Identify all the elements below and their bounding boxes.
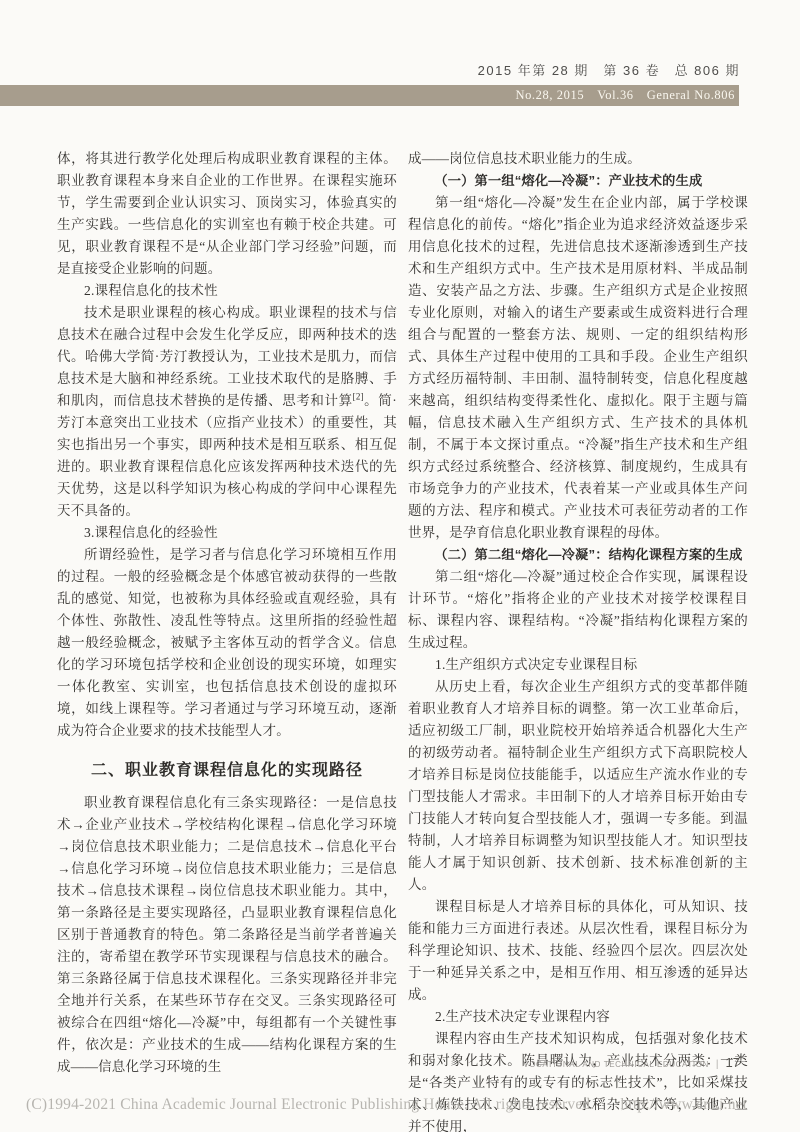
paragraph: 课程目标是人才培养目标的具体化，可从知识、技能和能力三方面进行表述。从层次性看，… [408, 896, 748, 1006]
journal-name: VOCATIONAL AND TECHNICAL EDUCATION [523, 1060, 709, 1069]
numbered-subheading: 2.课程信息化的技术性 [57, 280, 397, 302]
paragraph: 体，将其进行教学化处理后构成职业教育课程的主体。职业教育课程本身来自企业的工作世… [57, 148, 397, 280]
left-column: 体，将其进行教学化处理后构成职业教育课程的主体。职业教育课程本身来自企业的工作世… [57, 148, 397, 1132]
paragraph: 课程内容由生产技术知识构成，包括强对象化技术和弱对象化技术。陈昌曙认为，产业技术… [408, 1028, 748, 1132]
paragraph-text: 。简·芳汀本意突出工业技术（应指产业技术）的重要性，其实也指出另一个事实，即两种… [57, 393, 397, 518]
paragraph: 从历史上看，每次企业生产组织方式的变革都伴随着职业教育人才培养目标的调整。第一次… [408, 676, 748, 896]
paragraph-text: 技术是职业课程的核心构成。职业课程的技术与信息技术在融合过程中会发生化学反应，即… [57, 305, 397, 408]
issue-info-cn: 2015 年第 28 期 第 36 卷 总 806 期 [478, 60, 740, 79]
bold-subheading: （一）第一组“熔化—冷凝”：产业技术的生成 [408, 170, 748, 192]
paragraph: 技术是职业课程的核心构成。职业课程的技术与信息技术在融合过程中会发生化学反应，即… [57, 302, 397, 522]
footer-separator: | [716, 1059, 719, 1070]
copyright-notice: (C)1994-2021 China Academic Journal Elec… [26, 1096, 747, 1114]
paragraph: 成——岗位信息技术职业能力的生成。 [408, 148, 748, 170]
issue-info-bar: No.28, 2015 Vol.36 General No.806 [0, 85, 739, 106]
cnki-url: http://www.cnki.net [620, 1096, 747, 1113]
numbered-subheading: 3.课程信息化的经验性 [57, 522, 397, 544]
paragraph: 第二组“熔化—冷凝”通过校企合作实现，属课程设计环节。“熔化”指将企业的产业技术… [408, 566, 748, 654]
journal-page: 2015 年第 28 期 第 36 卷 总 806 期 No.28, 2015 … [0, 0, 800, 1132]
paragraph: 所谓经验性，是学习者与信息化学习环境相互作用的过程。一般的经验概念是个体感官被动… [57, 544, 397, 742]
reference-marker: [2] [353, 392, 364, 402]
paragraph: 第一组“熔化—冷凝”发生在企业内部，属于学校课程信息化的前传。“熔化”指企业为追… [408, 192, 748, 544]
journal-footer: VOCATIONAL AND TECHNICAL EDUCATION|17 [523, 1054, 740, 1072]
section-heading: 二、职业教育课程信息化的实现路径 [57, 757, 397, 780]
numbered-subheading: 1.生产组织方式决定专业课程目标 [408, 654, 748, 676]
paragraph: 职业教育课程信息化有三条实现路径：一是信息技术→企业产业技术→学校结构化课程→信… [57, 792, 397, 1078]
bold-subheading: （二）第二组“熔化—冷凝”：结构化课程方案的生成 [408, 544, 748, 566]
page-number: 17 [726, 1055, 740, 1070]
right-column: 成——岗位信息技术职业能力的生成。 （一）第一组“熔化—冷凝”：产业技术的生成 … [408, 148, 748, 1132]
copyright-text: (C)1994-2021 China Academic Journal Elec… [26, 1096, 594, 1113]
issue-info-en: No.28, 2015 Vol.36 General No.806 [0, 85, 739, 106]
article-body: 体，将其进行教学化处理后构成职业教育课程的主体。职业教育课程本身来自企业的工作世… [57, 148, 748, 1132]
numbered-subheading: 2.生产技术决定专业课程内容 [408, 1006, 748, 1028]
